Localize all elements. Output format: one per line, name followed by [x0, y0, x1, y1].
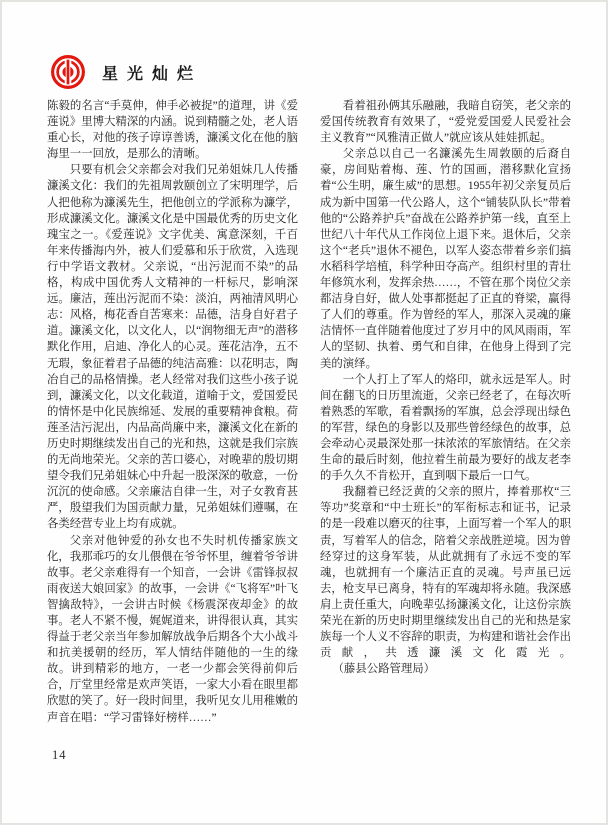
magazine-page: 星光灿烂 陈毅的名言“手莫伸，伸手必被捉”的道理，讲《爱莲说》里博大精深的内涵。…: [0, 0, 608, 825]
article-body: 陈毅的名言“手莫伸，伸手必被捉”的道理，讲《爱莲说》里博大精深的内涵。说到精髓之…: [47, 98, 571, 726]
trade-union-emblem-icon: [50, 54, 86, 90]
paragraph: 父亲对他钟爱的孙女也不失时机传播家族文化，我那乖巧的女儿偎偎在爷爷怀里，缠着爷爷…: [47, 533, 298, 726]
masthead: 星光灿烂: [50, 54, 202, 90]
page-number: 14: [52, 748, 67, 763]
masthead-title: 星光灿烂: [102, 61, 202, 84]
byline: （藤县公路管理局）: [320, 663, 435, 675]
paragraph: 只要有机会父亲都会对我们兄弟姐妹几人传播濂溪文化：我们的先祖周敦颐创立了宋明理学…: [47, 162, 298, 532]
paragraph: 父亲总以自己一名濂溪先生周敦颐的后裔自豪，房间贴着梅、莲、竹的国画，潜移默化宣扬…: [320, 146, 571, 371]
paragraph: 我翻着已经泛黄的父亲的照片，捧着那枚“三等功”奖章和“中士班长”的军衔标志和证书…: [320, 484, 571, 677]
paragraph: 陈毅的名言“手莫伸，伸手必被捉”的道理，讲《爱莲说》里博大精深的内涵。说到精髓之…: [47, 98, 298, 162]
paragraph-text: 我翻着已经泛黄的父亲的照片，捧着那枚“三等功”奖章和“中士班长”的军衔标志和证书…: [320, 486, 571, 659]
paragraph: 一个人打上了军人的烙印，就永远是军人。时间在翻飞的日历里流逝，父亲已经老了，在每…: [320, 372, 571, 485]
column-left: 陈毅的名言“手莫伸，伸手必被捉”的道理，讲《爱莲说》里博大精深的内涵。说到精髓之…: [47, 98, 298, 726]
column-right: 看着祖孙俩其乐融融，我暗自窃笑，老父亲的爱国传统教育有效果了，“爱党爱国爱人民爱…: [320, 98, 571, 726]
paragraph: 看着祖孙俩其乐融融，我暗自窃笑，老父亲的爱国传统教育有效果了，“爱党爱国爱人民爱…: [320, 98, 571, 146]
